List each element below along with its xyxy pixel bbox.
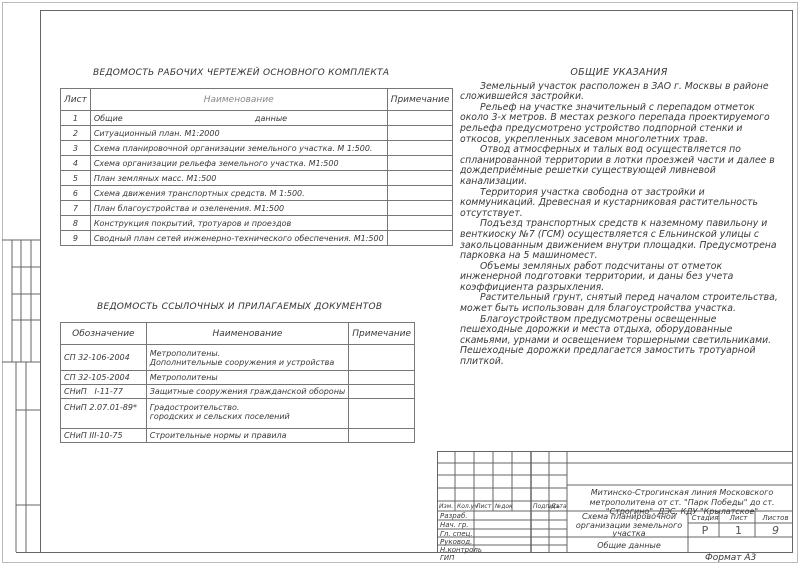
table-row: СНиП 2.07.01-89*Градостроительство.город… (61, 399, 415, 429)
tb-drawing-title: Схема планировочной организации земельно… (571, 513, 687, 539)
tb-header-sheet: Лист (476, 503, 491, 510)
row-name: Конструкция покрытий, тротуаров и проезд… (90, 216, 387, 231)
row-name-line1: Метрополитены. (150, 349, 221, 358)
tb-role-group-head: Нач. гр. (440, 521, 469, 529)
header-name: Наименование (90, 89, 387, 111)
references-list-table: Обозначение Наименование Примечание СП 3… (60, 322, 415, 443)
row-note (387, 201, 453, 216)
note-paragraph: Рельеф на участке значительный с перепад… (460, 103, 778, 145)
references-list-caption: ВЕДОМОСТЬ ССЫЛОЧНЫХ И ПРИЛАГАЕМЫХ ДОКУМЕ… (97, 302, 382, 312)
tb-header-count: Кол.уч (457, 503, 478, 510)
row-note (349, 399, 415, 429)
tb-header-docnum: №док (495, 503, 513, 510)
row-name: Защитные сооружения гражданской обороны (146, 385, 349, 399)
note-paragraph: Территория участка свободна от застройки… (460, 188, 778, 220)
row-sheet: 7 (61, 201, 91, 216)
row-name: Сводный план сетей инженерно-техническог… (90, 231, 387, 246)
tb-stage-value: Р (690, 524, 720, 537)
table-row: 3Схема планировочной организации земельн… (61, 141, 453, 156)
table-header-row: Обозначение Наименование Примечание (61, 323, 415, 345)
row-name: Метрополитены.Дополнительные сооружения … (146, 345, 349, 371)
row-name-line1: Градостроительство. (150, 403, 240, 412)
row-code: СП 32-106-2004 (61, 345, 147, 371)
row-name-line1: Строительные нормы и правила (150, 431, 287, 440)
row-note (387, 216, 453, 231)
row-sheet: 9 (61, 231, 91, 246)
tb-header-date: Дата (551, 503, 567, 510)
general-notes: ОБЩИЕ УКАЗАНИЯ Земельный участок располо… (460, 68, 778, 368)
table-row: СНиП III-10-75Строительные нормы и прави… (61, 429, 415, 443)
row-name-line2: Дополнительные сооружения и устройства (150, 358, 335, 367)
row-name: Ситуационный план. М1:2000 (90, 126, 387, 141)
row-note (387, 186, 453, 201)
row-name: Градостроительство.городских и сельских … (146, 399, 349, 429)
sheet-format-label: Формат А3 (705, 553, 756, 563)
tb-sheet-label: Лист (721, 514, 756, 522)
row-name-line1: Защитные сооружения гражданской обороны (150, 387, 346, 396)
row-name: Строительные нормы и правила (146, 429, 349, 443)
row-note (387, 141, 453, 156)
general-notes-title: ОБЩИЕ УКАЗАНИЯ (460, 68, 778, 79)
row-name: Общие данные (90, 111, 387, 126)
tb-sheets-label: Листов (757, 514, 794, 522)
row-note (349, 371, 415, 385)
row-name: Схема движения транспортных средств. М 1… (90, 186, 387, 201)
table-row: 6Схема движения транспортных средств. М … (61, 186, 453, 201)
row-note (349, 345, 415, 371)
table-row: СНиП I-11-77Защитные сооружения гражданс… (61, 385, 415, 399)
note-paragraph: Земельный участок расположен в ЗАО г. Мо… (460, 82, 778, 103)
tb-role-chief-specialist: Гл. спец. (440, 530, 473, 538)
row-name: План благоустройства и озеленения. М1:50… (90, 201, 387, 216)
title-block: Изм. Кол.уч Лист №док Подпись Дата Разра… (437, 451, 793, 552)
table-row: 7План благоустройства и озеленения. М1:5… (61, 201, 453, 216)
tb-sheet-value: 1 (721, 524, 756, 537)
drawings-list-caption: ВЕДОМОСТЬ РАБОЧИХ ЧЕРТЕЖЕЙ ОСНОВНОГО КОМ… (93, 68, 389, 78)
tb-role-gip: ГИП (440, 554, 454, 562)
row-note (387, 156, 453, 171)
header-note: Примечание (349, 323, 415, 345)
tb-sheets-value: 9 (757, 524, 794, 537)
row-name: Схема организации рельефа земельного уча… (90, 156, 387, 171)
row-code: СНиП III-10-75 (61, 429, 147, 443)
row-code: СП 32-105-2004 (61, 371, 147, 385)
tb-role-norm-control: Н.контроль (440, 546, 482, 554)
row-note (387, 171, 453, 186)
tb-role-manager: Руковод. (440, 538, 472, 546)
row-code: СНиП I-11-77 (61, 385, 147, 399)
drawings-list-table: Лист Наименование Примечание 1Общие данн… (60, 88, 453, 246)
row-name-line1: Метрополитены (150, 373, 218, 382)
row-note (349, 429, 415, 443)
row-note (349, 385, 415, 399)
note-paragraph: Благоустройством предусмотрены освещенны… (460, 315, 778, 368)
row-note (387, 111, 453, 126)
note-paragraph: Объемы земляных работ подсчитаны от отме… (460, 262, 778, 294)
row-note (387, 231, 453, 246)
row-sheet: 4 (61, 156, 91, 171)
header-note: Примечание (387, 89, 453, 111)
row-name-line2: городских и сельских поселений (150, 412, 290, 421)
tb-header-change: Изм. (439, 503, 453, 510)
row-sheet: 5 (61, 171, 91, 186)
tb-role-developer: Разраб. (440, 512, 468, 520)
note-paragraph: Отвод атмосферных и талых вод осуществля… (460, 145, 778, 187)
row-name: Метрополитены (146, 371, 349, 385)
header-name: Наименование (146, 323, 349, 345)
table-row: СП 32-106-2004Метрополитены.Дополнительн… (61, 345, 415, 371)
binding-strip (0, 0, 42, 565)
header-sheet: Лист (61, 89, 91, 111)
note-paragraph: Подъезд транспортных средств к наземному… (460, 219, 778, 261)
table-row: 1Общие данные (61, 111, 453, 126)
row-sheet: 1 (61, 111, 91, 126)
tb-sheet-title: Общие данные (571, 541, 687, 551)
table-header-row: Лист Наименование Примечание (61, 89, 453, 111)
table-row: 2Ситуационный план. М1:2000 (61, 126, 453, 141)
table-row: СП 32-105-2004Метрополитены (61, 371, 415, 385)
row-code: СНиП 2.07.01-89* (61, 399, 147, 429)
note-paragraph: Растительный грунт, снятый перед началом… (460, 293, 778, 314)
row-sheet: 3 (61, 141, 91, 156)
table-row: 5План земляных масс. М1:500 (61, 171, 453, 186)
row-note (387, 126, 453, 141)
table-row: 9Сводный план сетей инженерно-техническо… (61, 231, 453, 246)
row-name: План земляных масс. М1:500 (90, 171, 387, 186)
header-code: Обозначение (61, 323, 147, 345)
row-sheet: 6 (61, 186, 91, 201)
row-name: Схема планировочной организации земельно… (90, 141, 387, 156)
table-row: 4Схема организации рельефа земельного уч… (61, 156, 453, 171)
row-sheet: 2 (61, 126, 91, 141)
row-sheet: 8 (61, 216, 91, 231)
table-row: 8Конструкция покрытий, тротуаров и проез… (61, 216, 453, 231)
tb-stage-label: Стадия (690, 514, 720, 522)
